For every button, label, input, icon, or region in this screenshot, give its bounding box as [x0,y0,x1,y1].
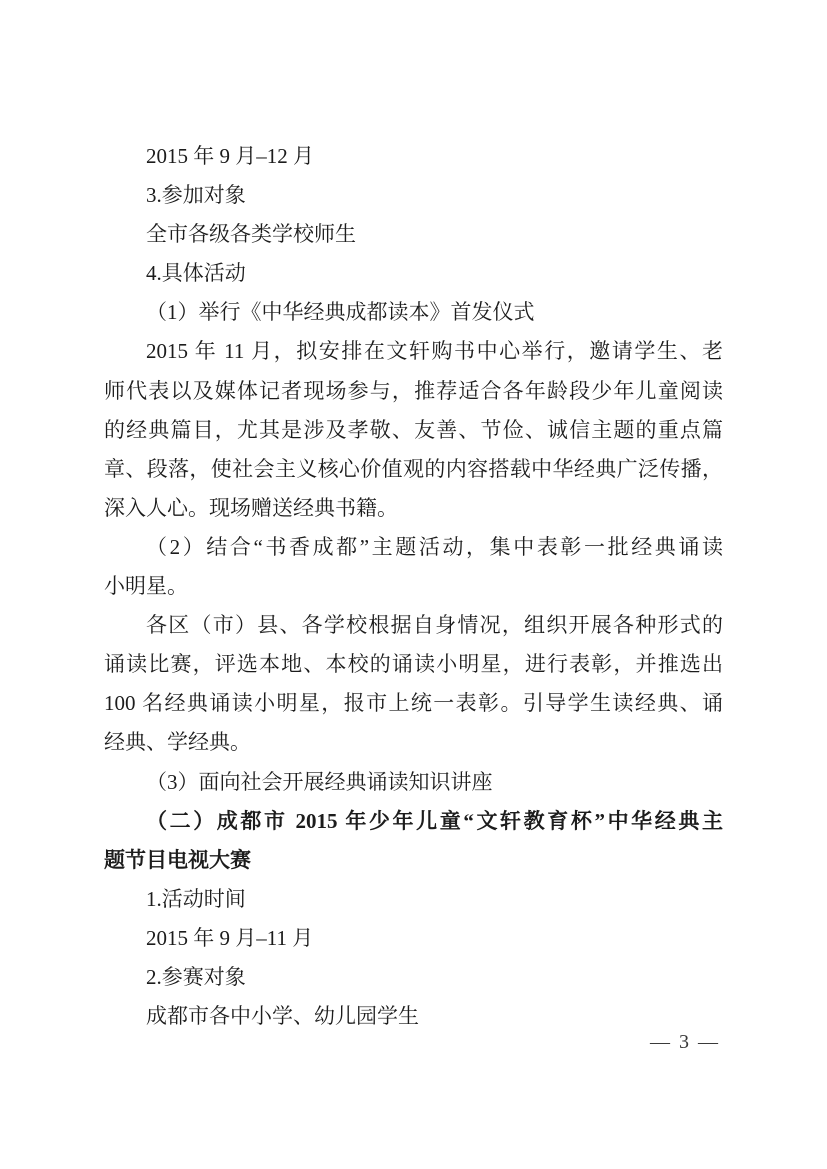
section-2-heading-line: 题节目电视大赛 [104,841,723,880]
item-2-paragraph-line: 各区（市）县、各学校根据自身情况，组织开展各种形式的 [104,606,723,645]
item-1-paragraph-line: 深入人心。现场赠送经典书籍。 [104,489,723,528]
item-2-paragraph-line: 经典、学经典。 [104,723,723,762]
item-1-title: （1）举行《中华经典成都读本》首发仪式 [104,293,723,332]
item-1-paragraph-line: 章、段落，使社会主义核心价值观的内容搭载中华经典广泛传播， [104,450,723,489]
document-page: 2015 年 9 月–12 月 3.参加对象 全市各级各类学校师生 4.具体活动… [0,0,827,1169]
item-2-title-line: 小明星。 [104,567,723,606]
item-2-paragraph-line: 100 名经典诵读小明星，报市上统一表彰。引导学生读经典、诵 [104,684,723,723]
contest-participants-label: 2.参赛对象 [104,958,723,997]
contest-time-value: 2015 年 9 月–11 月 [104,919,723,958]
contest-participants-value: 成都市各中小学、幼儿园学生 [104,997,723,1036]
section-2-heading-line: （二）成都市 2015 年少年儿童“文轩教育杯”中华经典主 [104,802,723,841]
page-number: — 3 — [650,1028,720,1056]
participants-heading: 3.参加对象 [104,176,723,215]
item-1-paragraph-line: 的经典篇目，尤其是涉及孝敬、友善、节俭、诚信主题的重点篇 [104,411,723,450]
activities-heading: 4.具体活动 [104,254,723,293]
item-2-title-line: （2）结合“书香成都”主题活动，集中表彰一批经典诵读 [104,528,723,567]
item-1-paragraph-line: 2015 年 11 月，拟安排在文轩购书中心举行，邀请学生、老 [104,332,723,371]
item-3-title: （3）面向社会开展经典诵读知识讲座 [104,763,723,802]
contest-time-label: 1.活动时间 [104,880,723,919]
activity-time-value: 2015 年 9 月–12 月 [104,137,723,176]
item-1-paragraph-line: 师代表以及媒体记者现场参与，推荐适合各年龄段少年儿童阅读 [104,372,723,411]
document-body: 2015 年 9 月–12 月 3.参加对象 全市各级各类学校师生 4.具体活动… [104,137,723,1036]
item-2-paragraph-line: 诵读比赛，评选本地、本校的诵读小明星，进行表彰，并推选出 [104,645,723,684]
participants-value: 全市各级各类学校师生 [104,215,723,254]
